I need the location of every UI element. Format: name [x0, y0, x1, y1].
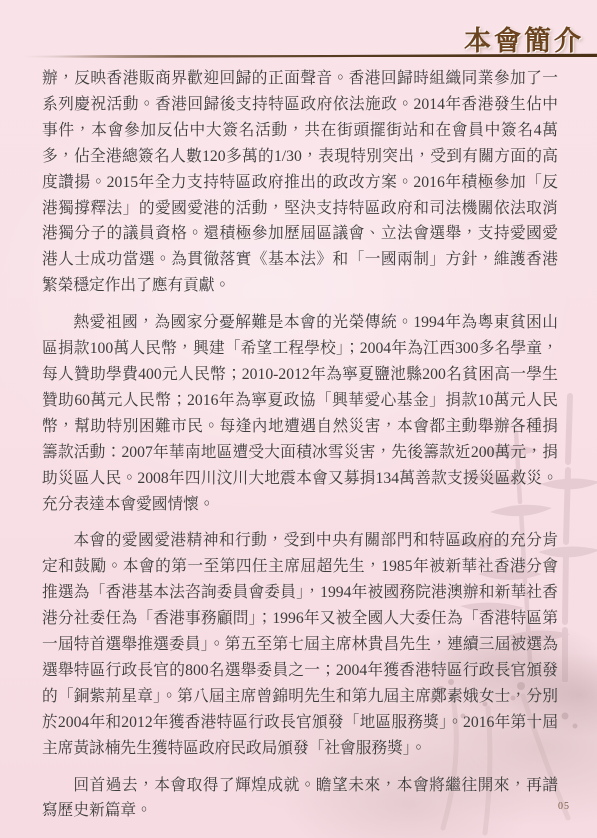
paragraph-3: 本會的愛國愛港精神和行動，受到中央有關部門和特區政府的充分肯定和鼓勵。本會的第一…	[42, 528, 558, 761]
page-number: 05	[558, 801, 570, 812]
document-page: 本會簡介 辦，反映香港販商界歡迎回歸的正面聲音。香港回歸時組織同業參加了一系列慶…	[0, 0, 597, 838]
paragraph-4: 回首過去，本會取得了輝煌成就。瞻望未來，本會將繼往開來，再譜寫歷史新篇章。	[42, 773, 558, 825]
paragraph-1: 辦，反映香港販商界歡迎回歸的正面聲音。香港回歸時組織同業參加了一系列慶祝活動。香…	[42, 66, 558, 299]
paragraph-2: 熱愛祖國，為國家分憂解難是本會的光榮傳統。1994年為粵東貧困山區捐款100萬人…	[42, 310, 558, 517]
body-text: 辦，反映香港販商界歡迎回歸的正面聲音。香港回歸時組織同業參加了一系列慶祝活動。香…	[42, 66, 558, 824]
page-title: 本會簡介	[464, 19, 584, 58]
